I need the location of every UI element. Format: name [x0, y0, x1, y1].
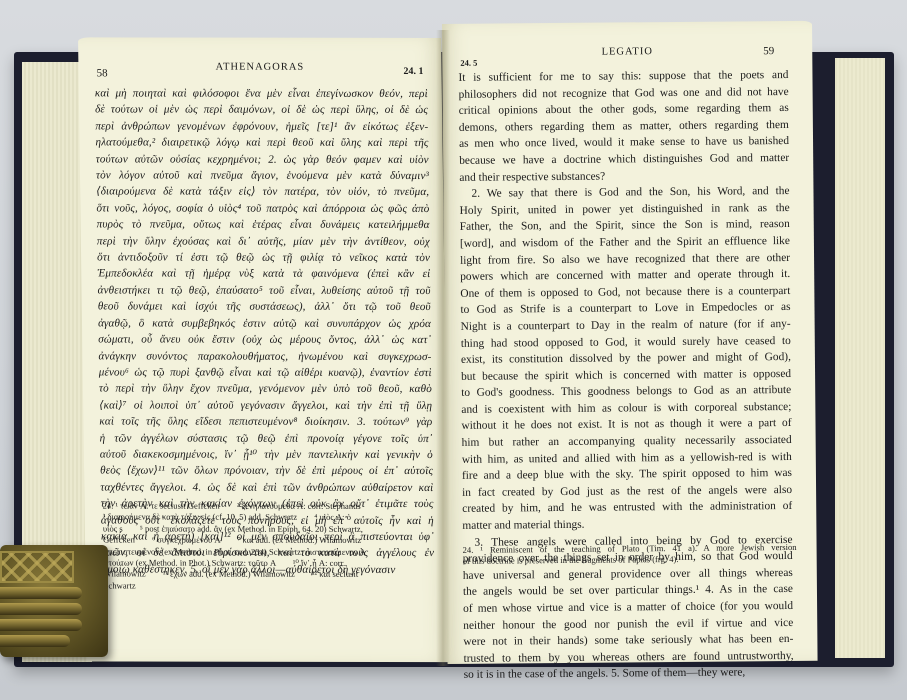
section-reference: 24. 5	[460, 58, 477, 68]
running-head-left: 58 ATHENAGORAS 24. 1	[96, 61, 423, 78]
text-line: τούτων αὐτῶν οὐσίας κεχρημένοι; 2. ὡς γὰ…	[96, 151, 429, 168]
text-line: ⟨καὶ⟩⁷ οἱ λοιποὶ ὑπ᾽ αὐτοῦ γεγόνασιν ἄγγ…	[99, 397, 432, 414]
critical-apparatus: 24. ¹ τε ἂν A: τε seclusit Geffcken ² ξε…	[102, 500, 432, 592]
running-head-right: 24. 5 LEGATIO 59	[460, 45, 794, 64]
text-line: ἀγαθῷ, ὃ κατὰ συμβεβηκός ἐστιν αὐτῷ καὶ …	[98, 315, 431, 332]
footnote-line: υἱὸς s ⁵ post ἐπαύσατο add. ἂν (ex Metho…	[103, 523, 432, 535]
text-line: ἡ τῶν ἀγγέλων σύστασις τῷ θεῷ ἐπὶ προνοί…	[100, 430, 433, 447]
footnote-line: Geffcken ⁶ συγκεχρωμένου A ⁷ καὶ add. (e…	[103, 535, 432, 547]
text-line: τὸ περὶ τὴν ὕλην ἔχον πνεῦμα, γενόμενον …	[99, 381, 432, 398]
footnote-line: Schwartz	[104, 580, 433, 592]
footnote-line: ³ διαιρούμενα δὲ κατὰ τάξιν εἰς (cf. 10.…	[103, 512, 432, 524]
footnote-line: ⁹ τούτων (ex Method. in Phot.) Schwartz:…	[103, 557, 432, 569]
page-edges-right	[835, 58, 885, 658]
text-line: θεοῦ δυνάμει καὶ ἰσχύι τῆς συστάσεως), ἀ…	[98, 299, 431, 316]
text-line: τὸν λόγον αὐτοῦ καὶ πνεῦμα ἅγιον, ἑνούμε…	[96, 167, 429, 184]
text-line: created by him, and he was entrusted wit…	[462, 498, 792, 517]
text-line: καὶ μὴ ποιηταὶ καὶ φιλόσοφοι ἕνα μὲν εἶν…	[95, 85, 428, 102]
book-title-athenagoras: ATHENAGORAS	[96, 61, 423, 73]
text-line: ὅτι ἀντιδοξοῦν τί ἐστι τῷ θεῷ ὡς τῇ φιλί…	[97, 249, 430, 266]
text-line: ταχθέντες ἄγγελοι. 4. ὡς δὲ καὶ ἐπὶ τῶν …	[100, 479, 433, 496]
left-page: 58 ATHENAGORAS 24. 1 καὶ μὴ ποιηταὶ καὶ …	[78, 37, 450, 662]
text-line: καὶ τοῖς τῆς ὕλης εἴδεσι πεπιστευμένον⁸ …	[99, 414, 432, 431]
text-line: μένου⁶ ὡς τῷ πυρὶ ξανθῷ εἶναι καὶ τῷ αἰθ…	[99, 364, 432, 381]
text-line: πυρὸς τὸ πνεῦμα, οὕτως καὶ ἑτέρας εἶναι …	[97, 217, 430, 234]
book-gutter	[436, 30, 450, 666]
text-line: ἀνθειστήκει τι τῷ θεῷ, ἐπαύσατο⁵ τοῦ εἶν…	[97, 282, 430, 299]
right-page: 24. 5 LEGATIO 59 It is sufficient for me…	[442, 21, 818, 664]
text-line: so it is in the case of the angels. 5. S…	[464, 664, 794, 683]
book-title-legatio: LEGATIO	[460, 45, 794, 59]
footnote-line: Wilamowitz ¹¹ ἔχων add. (ex Method.) Wil…	[103, 569, 432, 581]
text-line: ⟨διαιρούμενα δὲ κατὰ τάξιν εἰς⟩ τὸν πατέ…	[96, 184, 429, 201]
text-line: ηλατούμεθα,² διαιρετικῷ λόγῳ καὶ περὶ θε…	[95, 135, 428, 152]
weight-bar	[0, 587, 82, 599]
footnote-line: 24. ¹ τε ἂν A: τε seclusit Geffcken ² ξε…	[102, 500, 431, 512]
text-line: Ἐμπεδοκλέα καὶ τῇ ἡμέρᾳ νὺξ κατὰ τὰ φαιν…	[97, 266, 430, 283]
text-line: θεὸς ⟨ἔχων⟩¹¹ τῶν ὅλων πρόνοιαν, τὴν δὲ …	[100, 463, 433, 480]
text-line: ἀνάγκην συνόντος παρακολουθήματος, ἡνωμέ…	[98, 348, 431, 365]
text-line: περὶ τὴν ὕλην ἐχούσας καὶ δι᾽ αὐτῆς, μία…	[97, 233, 430, 250]
page-number: 59	[763, 45, 774, 57]
translation-footnotes: 24. ¹ Reminiscent of the teaching of Pla…	[463, 542, 797, 568]
brass-book-weight[interactable]	[0, 545, 108, 657]
footnote-line: ⁸ πεπιστευμένον (ex Method. in Phot. cod…	[103, 546, 432, 558]
weight-bar	[0, 619, 82, 631]
text-line: αὐτοῦ διακεκοσμημένοις, ἵν᾽ ᾖ¹⁰ τὴν μὲν …	[100, 446, 433, 463]
text-line: σώματι, οὗ ἄνευ οὐκ ἔστιν (οὐχ ὡς μέρους…	[98, 332, 431, 349]
weight-bar	[0, 635, 70, 647]
text-line: περὶ ἀνθρώπων γενομένων ἐφρόνουν, ἡμεῖς …	[95, 118, 428, 135]
text-line: because we have a doctrine which disting…	[459, 150, 789, 169]
english-translation-body: It is sufficient for me to say this: sup…	[458, 67, 793, 684]
section-reference: 24. 1	[403, 66, 423, 77]
text-line: ὅτι νοῦς, λόγος, σοφία ὁ υἱὸς⁴ τοῦ πατρὸ…	[96, 200, 429, 217]
text-line: δὲ τούτων οἱ μὲν ὡς περὶ δαιμόνων, οἱ δὲ…	[95, 102, 428, 119]
lattice-ornament	[0, 551, 74, 583]
weight-bar	[0, 603, 82, 615]
